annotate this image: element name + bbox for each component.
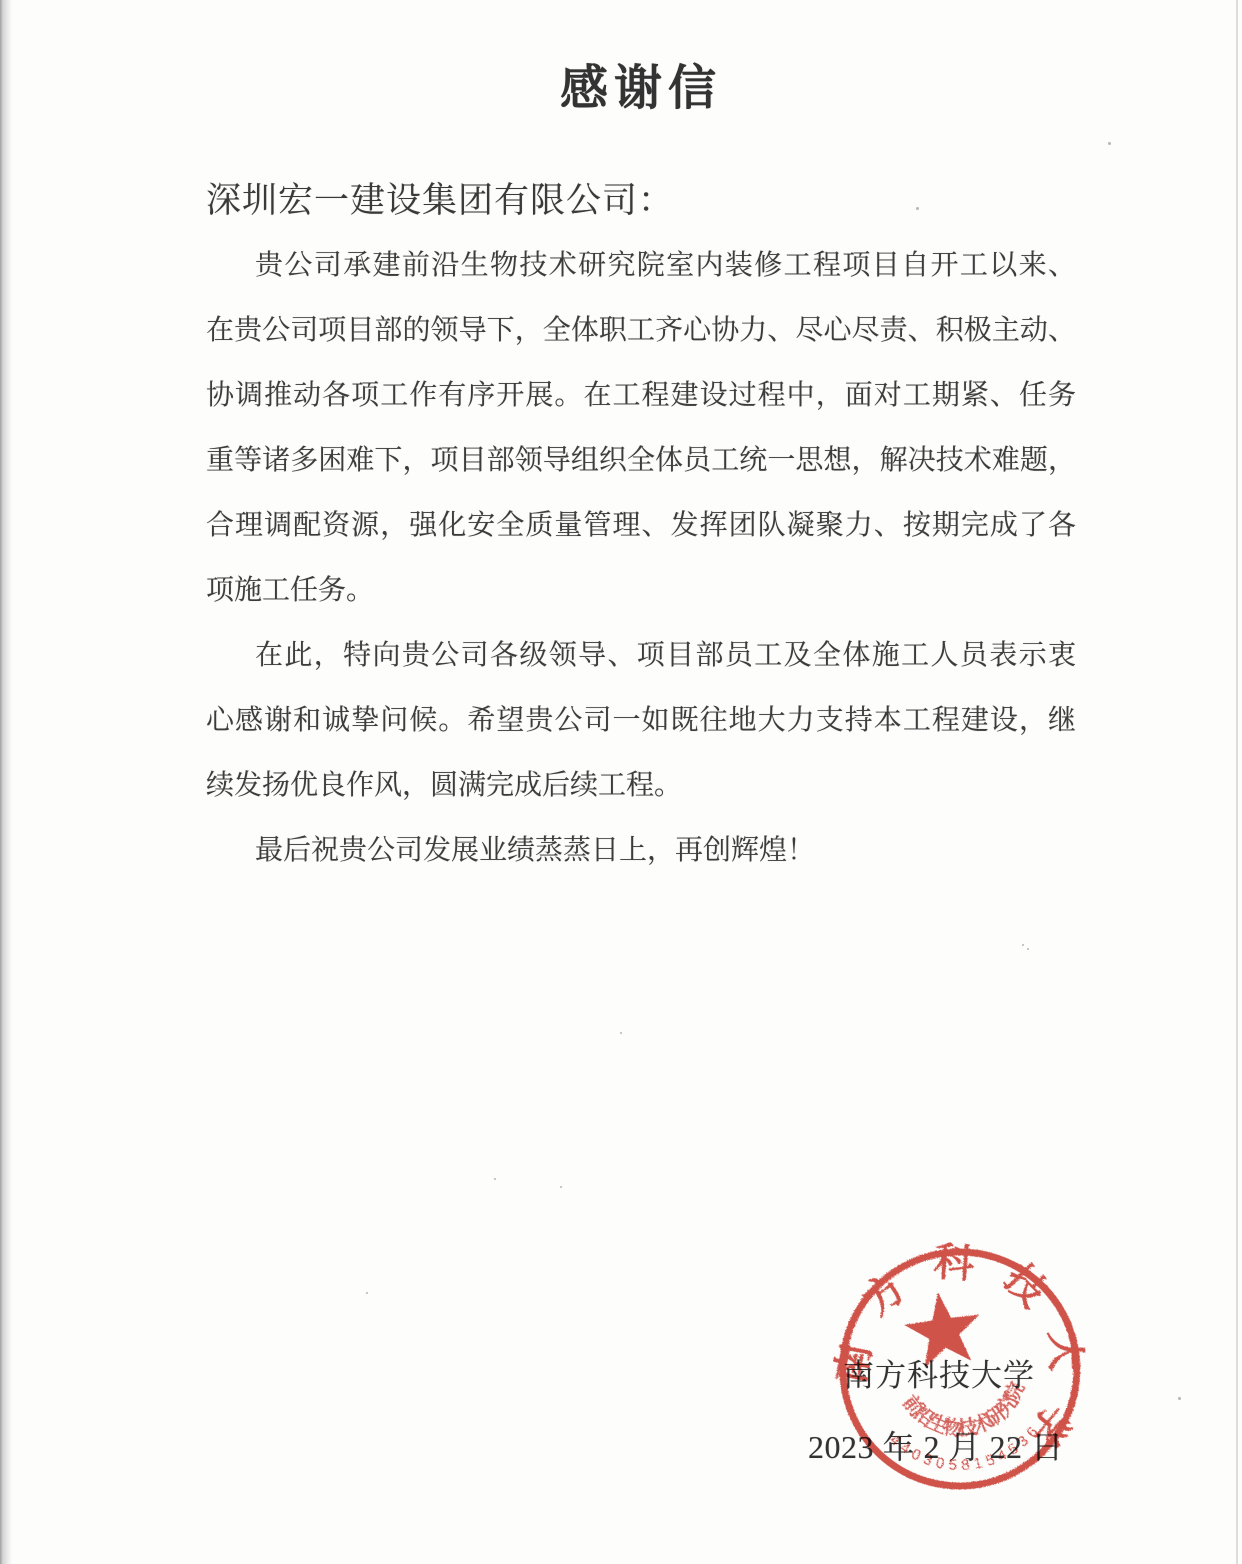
- scan-speck: [560, 1186, 562, 1188]
- scan-speck: [1022, 944, 1024, 946]
- scan-speck: [494, 1178, 496, 1180]
- body-line-10: 最后祝贵公司发展业绩蒸蒸日上，再创辉煌！: [206, 818, 1076, 883]
- letter-body: 贵公司承建前沿生物技术研究院室内装修工程项目自开工以来、 在贵公司项目部的领导下…: [206, 233, 1076, 883]
- body-line-7: 在此，特向贵公司各级领导、项目部员工及全体施工人员表示衷: [206, 623, 1076, 688]
- scan-speck: [916, 207, 919, 210]
- body-line-9: 续发扬优良作风，圆满完成后续工程。: [206, 753, 1076, 818]
- salutation: 深圳宏一建设集团有限公司：: [206, 180, 1076, 222]
- body-line-8: 心感谢和诚挚问候。希望贵公司一如既往地大力支持本工程建设，继: [206, 688, 1076, 753]
- body-line-4: 重等诸多困难下，项目部领导组织全体员工统一思想，解决技术难题，: [206, 428, 1076, 493]
- letter-title: 感谢信: [206, 60, 1076, 118]
- body-line-5: 合理调配资源，强化安全质量管理、发挥团队凝聚力、按期完成了各: [206, 493, 1076, 558]
- body-line-2: 在贵公司项目部的领导下，全体职工齐心协力、尽心尽责、积极主动、: [206, 298, 1076, 363]
- scan-speck: [1027, 948, 1029, 950]
- scan-edge-left: [0, 0, 12, 1564]
- scan-speck: [1108, 142, 1111, 145]
- body-line-6: 项施工任务。: [206, 558, 1076, 623]
- official-seal: 南方科技大学 前沿生物技术研究院 4403058154536: [815, 1225, 1104, 1514]
- body-line-1: 贵公司承建前沿生物技术研究院室内装修工程项目自开工以来、: [206, 233, 1076, 298]
- scan-speck: [1178, 1397, 1181, 1400]
- scan-speck: [620, 1032, 622, 1034]
- scan-speck: [366, 1292, 368, 1294]
- body-line-3: 协调推动各项工作有序开展。在工程建设过程中，面对工期紧、任务: [206, 363, 1076, 428]
- scan-edge-right: [1236, 0, 1238, 1564]
